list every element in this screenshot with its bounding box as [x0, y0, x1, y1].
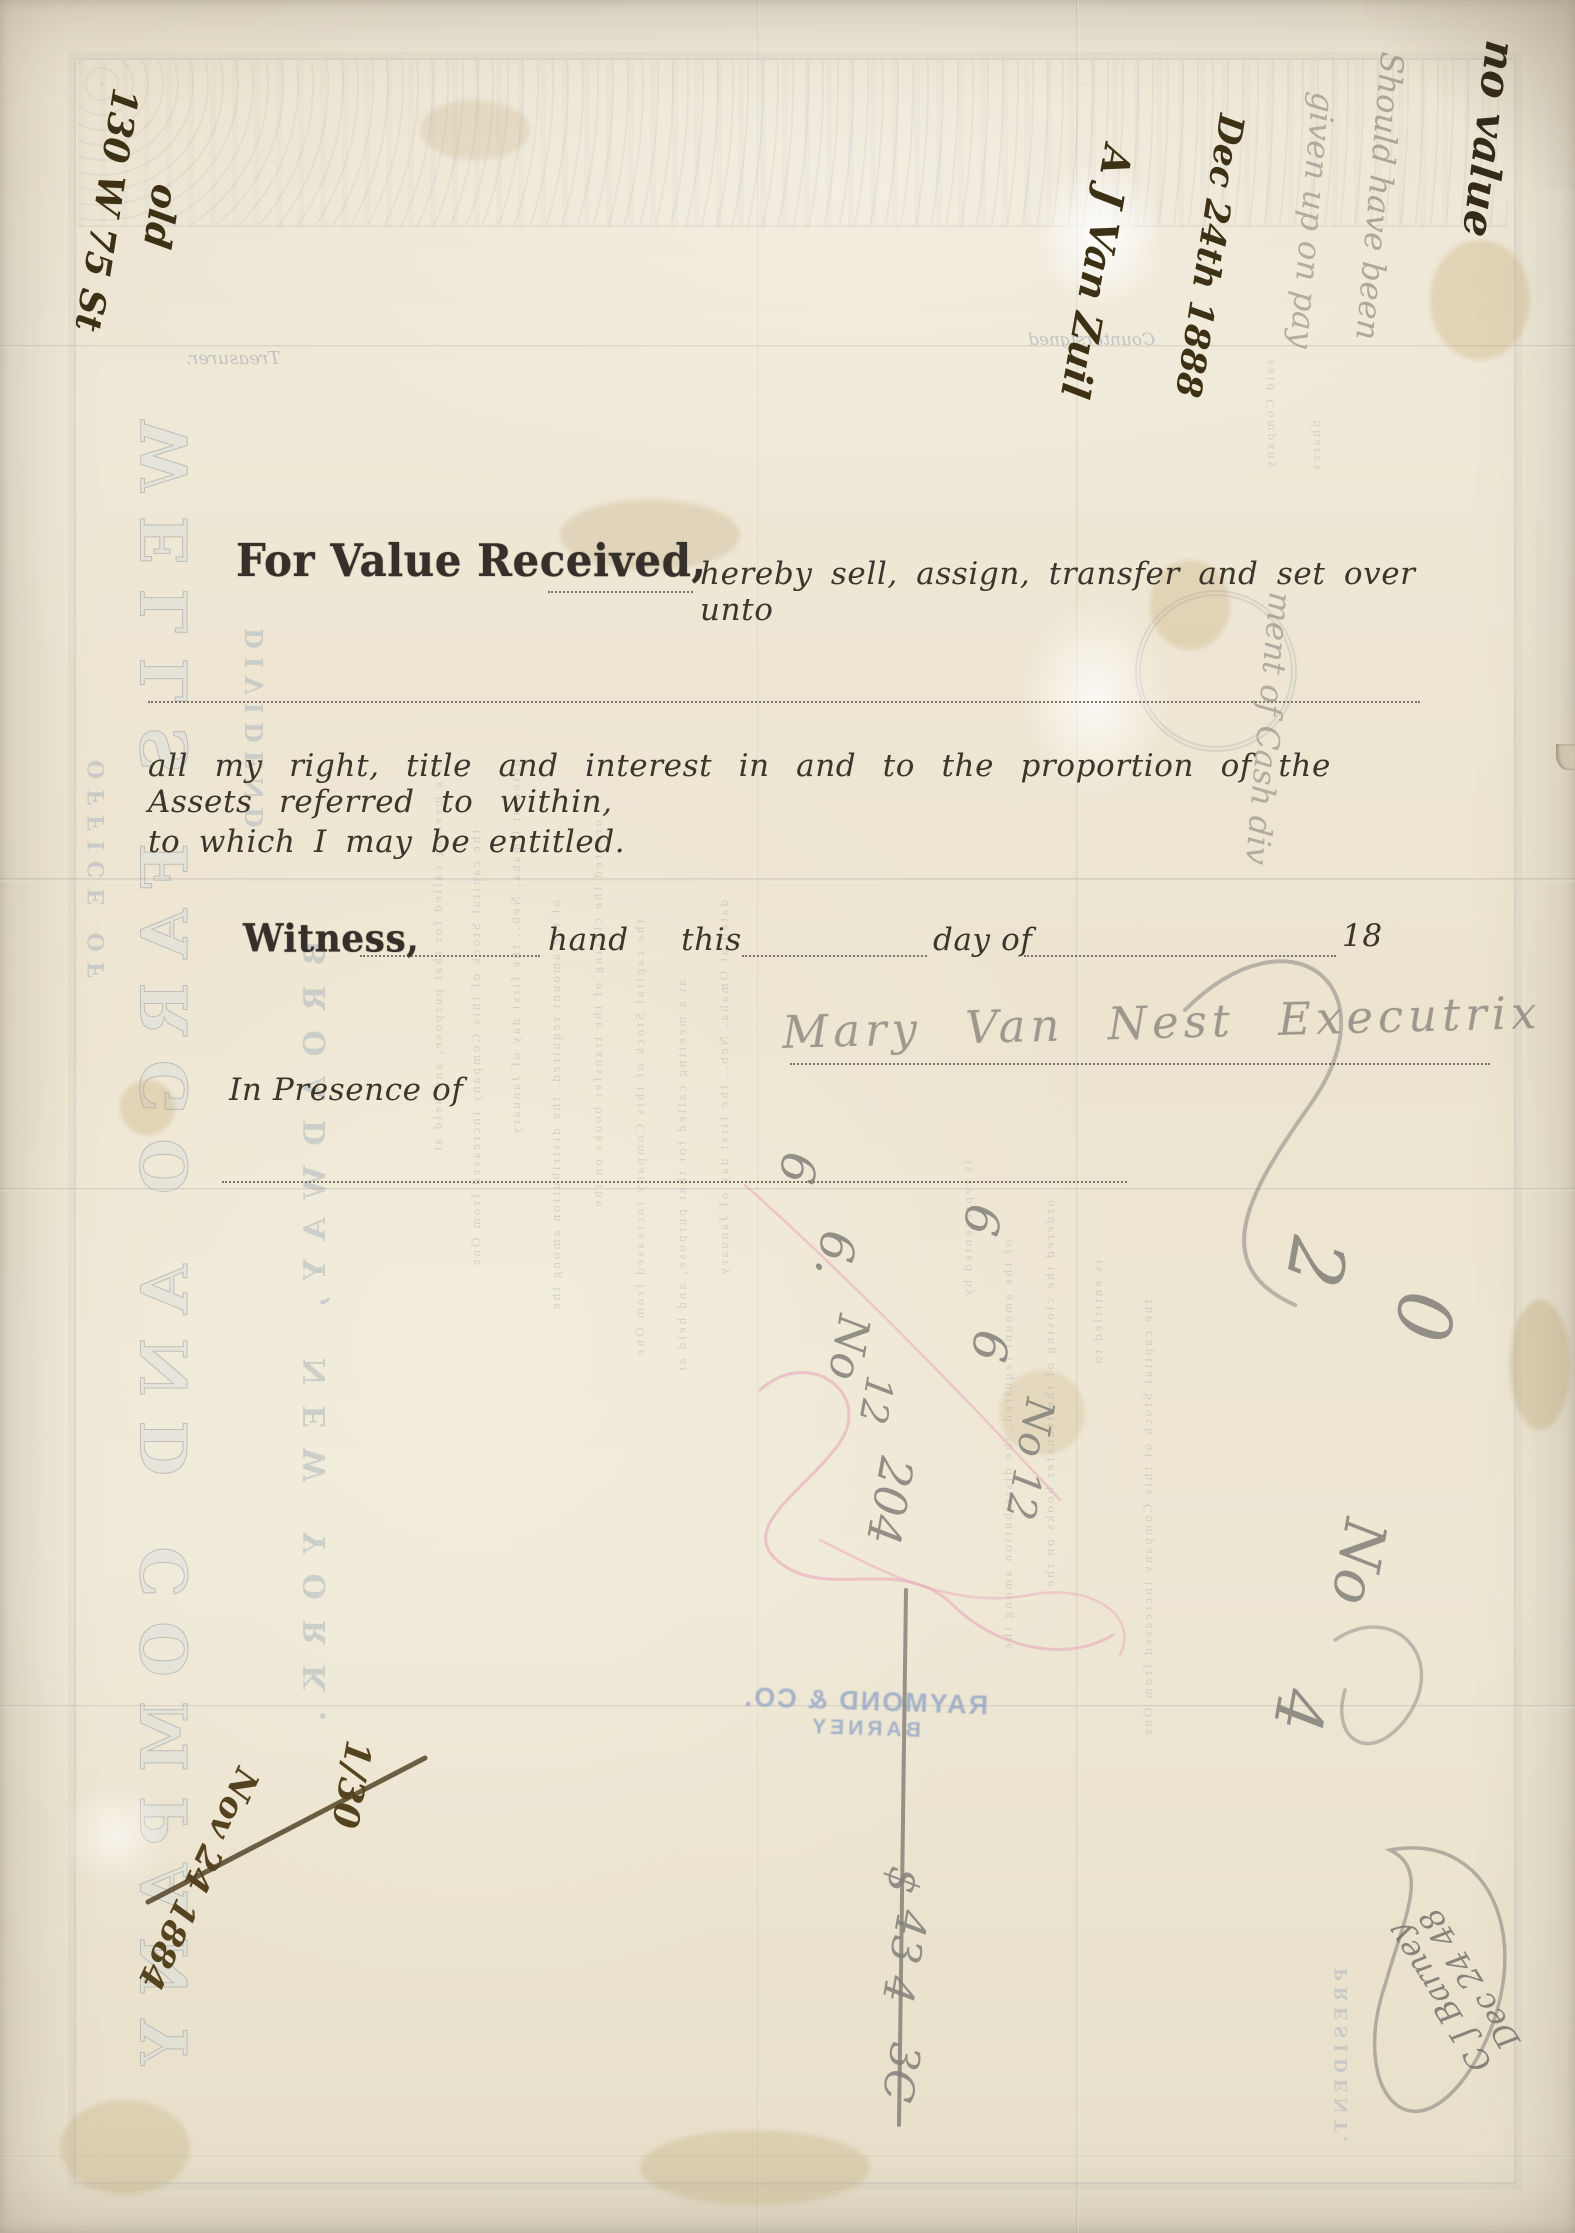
in-presence-of-label: In Presence of — [229, 1072, 463, 1108]
sell-clause-text: hereby sell, assign, transfer and set ov… — [700, 556, 1430, 628]
pencil-mark: 12 — [850, 1372, 902, 1427]
blank-line — [1024, 954, 1336, 957]
blank-line — [222, 1180, 1127, 1183]
red-offset-scrawl — [820, 1540, 1124, 1655]
scanned-document: WELLS FARGO AND COMPANY OFFICE OF BROADW… — [0, 0, 1575, 2233]
blank-line — [148, 700, 1420, 703]
hand-this-label: hand this — [548, 922, 742, 958]
scribble-layer — [0, 0, 1575, 2233]
blank-line — [742, 954, 927, 957]
pencil-mark: 6. — [803, 1227, 866, 1282]
pencil-flourish — [1335, 1627, 1421, 1743]
pencil-mark: 3C — [872, 2039, 930, 2105]
assign-clause-line2: to which I may be entitled. — [148, 824, 625, 860]
value-received-label: For Value Received, — [236, 535, 707, 587]
day-of-label: day of — [933, 922, 1032, 958]
assign-clause-line1: all my right, title and interest in and … — [148, 748, 1428, 820]
blank-line — [548, 590, 693, 593]
blank-line — [360, 954, 540, 957]
signature-line — [790, 1062, 1490, 1065]
year-prefix-text: 18 — [1342, 918, 1383, 954]
